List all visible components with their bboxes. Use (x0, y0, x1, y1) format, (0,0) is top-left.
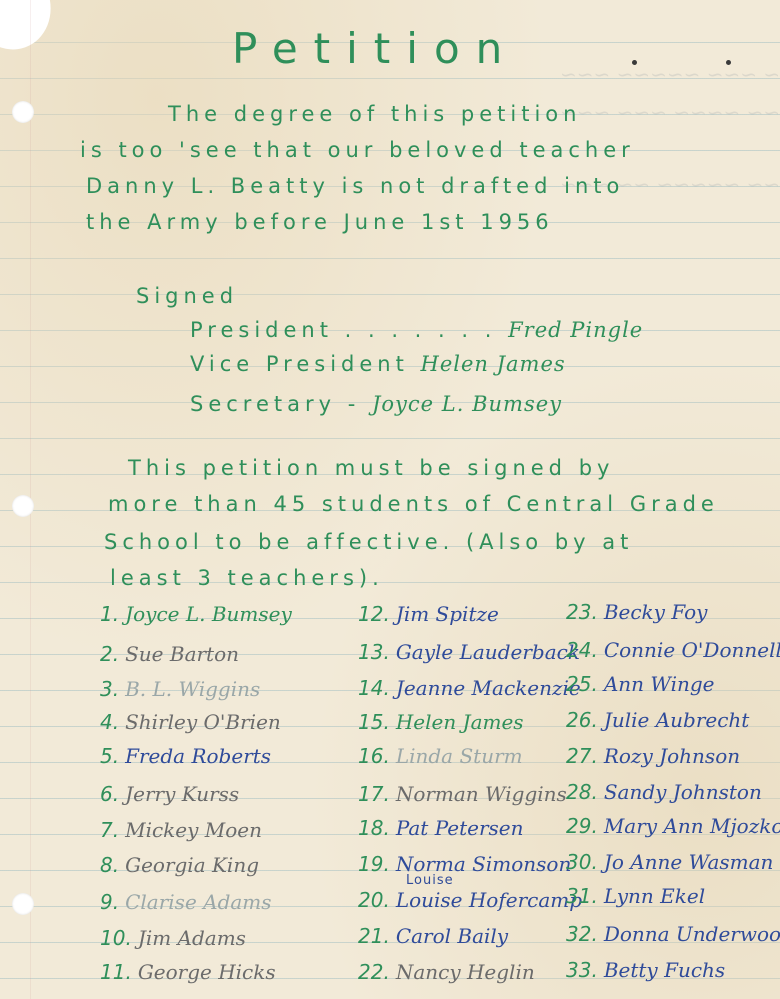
signature-row: 4.Shirley O'Brien (100, 710, 281, 734)
signature-row: 14.Jeanne Mackenzie (358, 676, 581, 700)
signature-number: 33. (566, 958, 598, 982)
torn-corner (0, 0, 63, 61)
signature-number: 24. (566, 638, 598, 662)
signature-row: 33.Betty Fuchs (566, 958, 725, 982)
punch-hole-top (12, 101, 34, 123)
paragraph1-line: the Army before June 1st 1956 (86, 210, 554, 234)
paragraph2-line: School to be affective. (Also by at (104, 530, 633, 554)
signature-name: Freda Roberts (125, 744, 271, 768)
signature-row: 17.Norman Wiggins (358, 782, 567, 806)
signature-name: Jim Spitze (396, 602, 499, 626)
signature-name: Joyce L. Bumsey (125, 602, 292, 626)
signature-name: Lynn Ekel (604, 884, 705, 908)
signature-name: Jo Anne Wasman (604, 850, 774, 874)
signature-number: 9. (100, 890, 119, 914)
signature-number: 10. (100, 926, 132, 950)
signature-name: Rozy Johnson (604, 744, 740, 768)
officer-signature: Helen James (421, 352, 566, 376)
signature-number: 18. (358, 816, 390, 840)
title-dot (726, 60, 731, 65)
signature-number: 22. (358, 960, 390, 984)
signature-name: Shirley O'Brien (125, 710, 281, 734)
signature-row: 5.Freda Roberts (100, 744, 271, 768)
signature-row: 22.Nancy Heglin (358, 960, 535, 984)
paragraph1-line: Danny L. Beatty is not drafted into (86, 174, 624, 198)
officer-role: President . . . . . . . (190, 318, 496, 342)
bleed-through-text: ~ ~~~ ~~~~~ ~~~ (560, 62, 780, 86)
signature-name: Gayle Lauderback (396, 640, 580, 664)
signature-row: 29.Mary Ann Mjozkowski (566, 814, 780, 838)
signature-name: Becky Foy (604, 600, 708, 624)
signature-number: 13. (358, 640, 390, 664)
signature-name: Ann Winge (604, 672, 715, 696)
signature-row: 21.Carol Baily (358, 924, 508, 948)
signature-name: Connie O'Donnell (604, 638, 780, 662)
signature-number: 32. (566, 922, 598, 946)
officer-row-vice-president: Vice President Helen James (190, 352, 566, 376)
officer-signature: Joyce L. Bumsey (372, 392, 562, 416)
signature-number: 31. (566, 884, 598, 908)
officer-row-secretary: Secretary - Joyce L. Bumsey (190, 392, 562, 416)
signature-row: 19.Norma Simonson (358, 852, 571, 876)
signature-row: 32.Donna Underwood (566, 922, 780, 946)
signature-number: 29. (566, 814, 598, 838)
punch-hole-middle (12, 495, 34, 517)
signature-number: 16. (358, 744, 390, 768)
signature-row: 18.Pat Petersen (358, 816, 524, 840)
signature-number: 1. (100, 602, 119, 626)
punch-hole-bottom (12, 893, 34, 915)
signature-number: 3. (100, 677, 119, 701)
signature-number: 23. (566, 600, 598, 624)
signature-row: 25.Ann Winge (566, 672, 715, 696)
officer-role: Secretary - (190, 392, 360, 416)
signature-name: Mickey Moen (125, 818, 262, 842)
officer-row-president: President . . . . . . . Fred Pingle (190, 318, 643, 342)
signature-number: 5. (100, 744, 119, 768)
signature-row: 31.Lynn Ekel (566, 884, 705, 908)
signature-row: 28.Sandy Johnston (566, 780, 762, 804)
signature-number: 20. (358, 888, 390, 912)
signature-number: 19. (358, 852, 390, 876)
signature-name: Jeanne Mackenzie (396, 676, 581, 700)
signature-number: 14. (358, 676, 390, 700)
signature-row: 8.Georgia King (100, 853, 259, 877)
paragraph1-line: is too 'see that our beloved teacher (80, 138, 635, 162)
signature-number: 28. (566, 780, 598, 804)
signature-name: Sandy Johnston (604, 780, 762, 804)
signature-row: 1.Joyce L. Bumsey (100, 602, 292, 626)
signature-row: 3.B. L. Wiggins (100, 677, 260, 701)
signature-row: 7.Mickey Moen (100, 818, 262, 842)
signature-name: Jerry Kurss (125, 782, 239, 806)
signature-name: Julie Aubrecht (604, 708, 750, 732)
signature-row: 15.Helen James (358, 710, 524, 734)
title-dot (632, 60, 637, 65)
officer-role: Vice President (190, 352, 409, 376)
signature-number: 7. (100, 818, 119, 842)
signature-number: 6. (100, 782, 119, 806)
signature-name: Louise Hofercamp (396, 888, 582, 912)
signature-number: 2. (100, 642, 119, 666)
signature-name: Jim Adams (138, 926, 246, 950)
signature-row: 10.Jim Adams (100, 926, 246, 950)
signature-number: 17. (358, 782, 390, 806)
paragraph2-line: least 3 teachers). (110, 566, 384, 590)
signature-number: 8. (100, 853, 119, 877)
signature-number: 21. (358, 924, 390, 948)
paragraph2-line: more than 45 students of Central Grade (108, 492, 719, 516)
signature-row: 6.Jerry Kurss (100, 782, 239, 806)
signature-number: 27. (566, 744, 598, 768)
signature-name: Donna Underwood (604, 922, 780, 946)
signature-row: 12.Jim Spitze (358, 602, 499, 626)
document-title: Petition (232, 24, 518, 73)
signature-row: 16.Linda Sturm (358, 744, 523, 768)
signature-row: 9.Clarise Adams (100, 890, 272, 914)
signature-name: Norman Wiggins (396, 782, 567, 806)
signature-name: Georgia King (125, 853, 259, 877)
signature-name: Mary Ann Mjozkowski (604, 814, 780, 838)
petition-page: ~ ~~~ ~~~~~ ~~~ ~~ ~~~~ ~~~ ~~~ ~~ ~~~~~… (0, 0, 780, 999)
signature-name: Betty Fuchs (604, 958, 725, 982)
signed-label: Signed (136, 284, 238, 308)
signature-row: 24.Connie O'Donnell (566, 638, 780, 662)
signature-name: Clarise Adams (125, 890, 271, 914)
signature-name: Nancy Heglin (396, 960, 535, 984)
signature-row: 2.Sue Barton (100, 642, 239, 666)
officer-signature: Fred Pingle (508, 318, 643, 342)
signature-number: 15. (358, 710, 390, 734)
signature-row: 27.Rozy Johnson (566, 744, 740, 768)
signature-number: 11. (100, 960, 132, 984)
signature-row: 30.Jo Anne Wasman (566, 850, 773, 874)
signature-name: George Hicks (138, 960, 276, 984)
signature-name: Sue Barton (125, 642, 239, 666)
signature-number: 25. (566, 672, 598, 696)
signature-row: 11.George Hicks (100, 960, 276, 984)
signature-name: Linda Sturm (396, 744, 523, 768)
signature-number: 26. (566, 708, 598, 732)
bleed-through-text: ~~ ~~~~ ~~~ ~~~ (560, 100, 780, 124)
signature-name: Helen James (396, 710, 524, 734)
signature-row: 26.Julie Aubrecht (566, 708, 749, 732)
signature-name: B. L. Wiggins (125, 677, 260, 701)
signature-row: 13.Gayle Lauderback (358, 640, 580, 664)
signature-correction: Louise (406, 873, 454, 888)
signature-number: 30. (566, 850, 598, 874)
signature-row: 20.Louise Hofercamp (358, 888, 582, 912)
signature-row: 23.Becky Foy (566, 600, 707, 624)
paragraph2-line: This petition must be signed by (128, 456, 614, 480)
paragraph1-line: The degree of this petition (168, 102, 581, 126)
signature-number: 12. (358, 602, 390, 626)
signature-number: 4. (100, 710, 119, 734)
signature-name: Carol Baily (396, 924, 508, 948)
signature-name: Pat Petersen (396, 816, 524, 840)
